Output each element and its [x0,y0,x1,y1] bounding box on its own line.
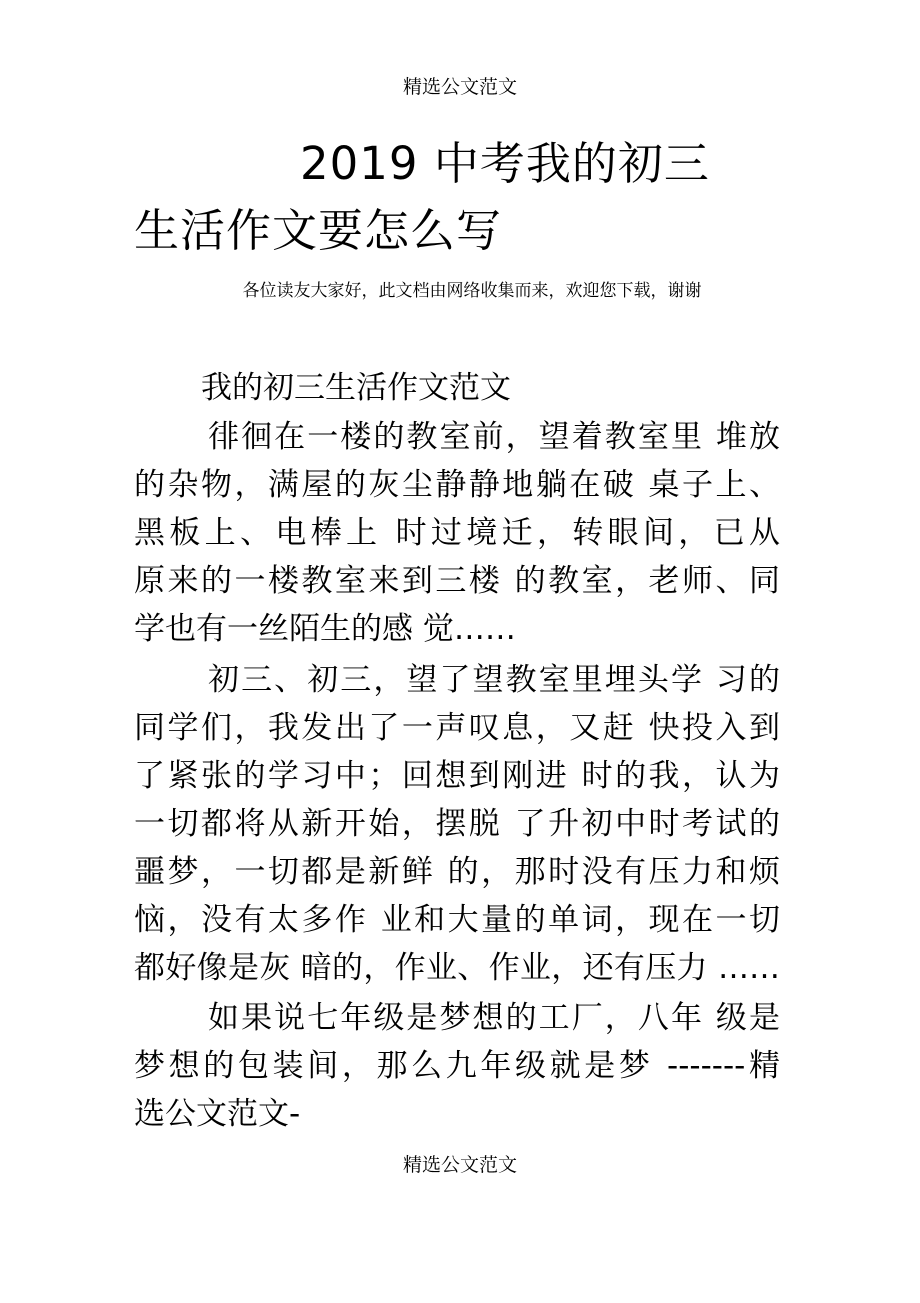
essay-line: 同学们，我发出了一声叹息，又赶 快投入到 [134,708,780,748]
essay-line: 黑板上、电棒上 时过境迁，转眼间，已从 [134,513,780,553]
document-title-line-2: 生活作文要怎么写 [134,203,502,259]
essay-line: 原来的一楼教室来到三楼 的教室，老师、同 [134,561,780,601]
essay-line: 学也有一丝陌生的感 觉…… [134,609,780,649]
essay-line: 初三、初三，望了望教室里埋头学 习的 [208,660,780,700]
essay-line: 一切都将从新开始，摆脱 了升初中时考试的 [134,804,780,844]
essay-line: 梦想的包装间，那么九年级就是梦 -------精 [134,1046,780,1086]
essay-line: 选公文范文- [134,1094,780,1134]
essay-line: 恼，没有太多作 业和大量的单词，现在一切 [134,900,780,940]
essay-line: 的杂物，满屋的灰尘静静地躺在破 桌子上、 [134,465,780,505]
essay-line: 都好像是灰 暗的，作业、作业，还有压力 …… [134,948,780,988]
essay-line: 噩梦，一切都是新鲜 的，那时没有压力和烦 [134,852,780,892]
essay-line: 徘徊在一楼的教室前，望着教室里 堆放 [208,417,780,457]
essay-heading: 我的初三生活作文范文 [201,368,511,408]
document-title-line-1: 2019 中考我的初三 [300,136,710,192]
document-subtitle: 各位读友大家好，此文档由网络收集而来，欢迎您下载，谢谢 [0,280,920,302]
essay-line: 如果说七年级是梦想的工厂，八年 级是 [208,998,780,1038]
page-footer: 精选公文范文 [0,1154,920,1176]
page-header: 精选公文范文 [0,76,920,98]
essay-line: 了紧张的学习中；回想到刚进 时的我，认为 [134,756,780,796]
